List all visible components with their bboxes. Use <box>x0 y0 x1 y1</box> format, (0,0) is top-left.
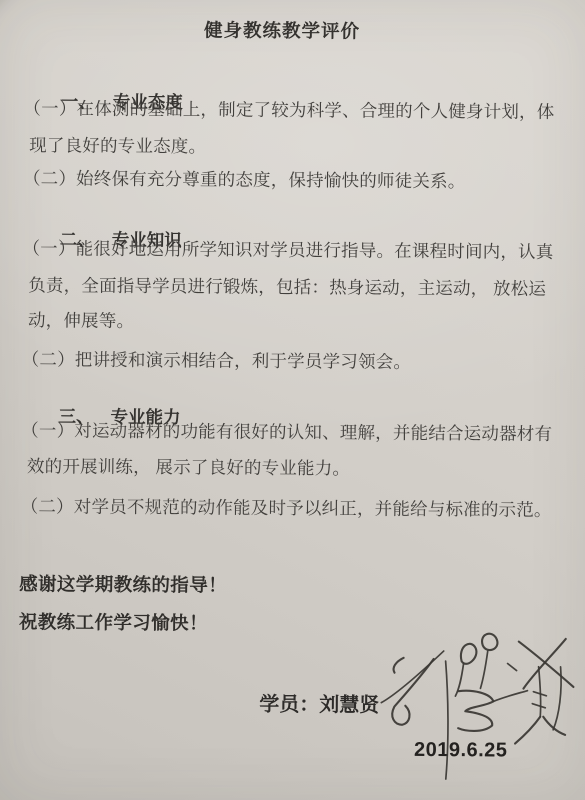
student-signature-label: 学员：刘慧贤 <box>259 693 379 718</box>
handwritten-signature <box>375 624 583 792</box>
body-line: （一）能很好地运用所学知识对学员进行指导。在课程时间内，认真 <box>22 236 553 264</box>
body-line: 现了良好的专业态度。 <box>29 133 206 158</box>
closing-line-thanks: 感谢这学期教练的指导！ <box>19 573 227 598</box>
body-line: （二）对学员不规范的动作能及时予以纠正，并能给与标准的示范。 <box>21 494 552 522</box>
body-line: 效的开展训练， 展示了良好的专业能力。 <box>27 454 350 480</box>
doc-title: 健身教练教学评价 <box>2 18 562 46</box>
body-line: （二）把讲授和演示相结合，利于学员学习领会。 <box>22 347 412 374</box>
body-line: （一）对运动器材的功能有很好的认知、理解，并能结合运动器材有 <box>21 418 552 446</box>
photographed-evaluation-sheet: 健身教练教学评价 一、专业态度 （一）在体测的基础上，制定了较为科学、合理的个人… <box>0 0 585 800</box>
body-line: （二）始终保有充分尊重的态度，保持愉快的师徒关系。 <box>23 166 466 193</box>
body-line: 负责，全面指导学员进行锻炼，包括：热身运动，主运动， 放松运 <box>28 273 546 301</box>
body-line: 动，伸展等。 <box>28 308 134 333</box>
signature-ink <box>375 624 583 792</box>
body-line: （一）在体测的基础上，制定了较为科学、合理的个人健身计划，体 <box>23 96 554 124</box>
document-content: 健身教练教学评价 一、专业态度 （一）在体测的基础上，制定了较为科学、合理的个人… <box>0 0 585 800</box>
closing-line-wish: 祝教练工作学习愉快！ <box>19 611 208 636</box>
